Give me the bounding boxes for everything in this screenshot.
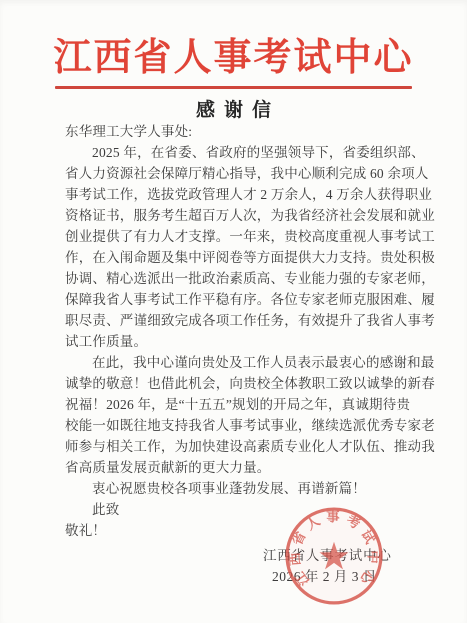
letter-title: 感谢信 [0, 95, 467, 122]
body-line: 创业提供了有力人才支撑。一年来，贵校高度重视人事考试工 [65, 226, 417, 247]
signature-date: 2026 年 2 月 3 日 [272, 565, 377, 585]
body-line: 资格证书，服务考生超百万人次，为我省经济社会发展和就业 [65, 205, 417, 226]
body-line: 敬礼！ [65, 520, 417, 541]
letterhead-divider [55, 86, 412, 89]
body-line: 协调、精心选派出一批政治素质高、专业能力强的专家老师， [65, 268, 417, 289]
letterhead-org-name: 江西省人事考试中心 [0, 26, 467, 81]
body-line: 在此，我中心谨向贵处及工作人员表示最衷心的感谢和最 [65, 352, 417, 373]
body-line: 保障我省人事考试工作平稳有序。各位专家老师克服困难、履 [65, 289, 417, 310]
letter-body: 东华理工大学人事处: 2025 年，在省委、省政府的坚强领导下，省委组织部、 省… [65, 121, 417, 541]
body-line: 师参与相关工作，为加快建设高素质专业化人才队伍、推动我 [65, 436, 417, 457]
body-line: 诚挚的敬意！也借此机会，向贵校全体教职工致以诚挚的新春 [65, 373, 417, 394]
letter-page: 江西省人事考试中心 感谢信 东华理工大学人事处: 2025 年，在省委、省政府的… [0, 0, 467, 623]
body-line: 2025 年，在省委、省政府的坚强领导下，省委组织部、 [65, 142, 417, 163]
body-line: 省人力资源社会保障厅精心指导，我中心顺利完成 60 余项人 [65, 163, 417, 184]
body-line: 事考试工作，选拔党政管理人才 2 万余人，4 万余人获得职业 [65, 184, 417, 205]
signature-org-name: 江西省人事考试中心 [263, 544, 392, 564]
body-line: 作，在入闱命题及集中评阅卷等方面提供大力支持。贵处积极 [65, 247, 417, 268]
body-line: 此致 [65, 499, 417, 520]
body-line: 校能一如既往地支持我省人事考试事业，继续选派优秀专家老 [65, 415, 417, 436]
salutation: 东华理工大学人事处: [65, 121, 417, 142]
body-line: 职尽责、严谨细致完成各项工作任务，有效提升了我省人事考 [65, 310, 417, 331]
body-line: 试工作质量。 [65, 331, 417, 352]
body-line: 省高质量发展贡献新的更大力量。 [65, 457, 417, 478]
body-line: 衷心祝愿贵校各项事业蓬勃发展、再谱新篇！ [65, 478, 417, 499]
body-line: 祝福！2026 年，是“十五五”规划的开局之年，真诚期待贵 [65, 394, 417, 415]
